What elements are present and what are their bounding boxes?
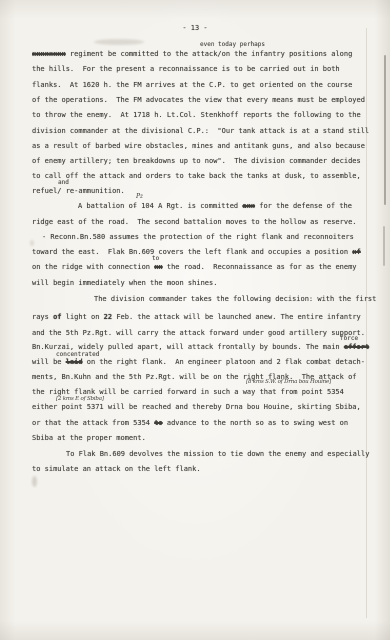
text-line: to throw the enemy. At 1718 h. Lt.Col. S…: [32, 111, 361, 120]
text-line: A battalion of 104 A Rgt. is committed a…: [78, 202, 352, 211]
pencil-smudge-margin: [30, 240, 34, 246]
insert-pz-handwritten: Pz: [136, 193, 143, 200]
insert-concentrated: concentrated: [56, 351, 99, 358]
line-text: refuel/ re-ammunition.: [32, 187, 125, 195]
text-line: will begin immediately when the moon shi…: [32, 279, 217, 288]
line-text: the hills. For the present a reconnaissa…: [32, 65, 340, 73]
struck-word: laid: [66, 358, 83, 366]
line-text: of the operations. The FM advocates the …: [32, 96, 365, 104]
line-text: or that the attack from 5354: [32, 419, 154, 427]
struck-word: xxxxxxxx: [32, 50, 66, 58]
insert-and: and: [58, 179, 69, 186]
line-text: A battalion of: [78, 202, 141, 210]
document-page: - 13 - even today perhaps xxxxxxxx regim…: [0, 0, 390, 640]
text-line: The division commander takes the followi…: [94, 295, 376, 304]
struck-word: xf: [352, 248, 360, 256]
text-line: as a result of barbed wire obstacles, mi…: [32, 142, 365, 151]
line-text: The division commander takes the followi…: [94, 295, 376, 303]
text-line: flanks. At 1620 h. the FM arrives at the…: [32, 81, 352, 90]
page-fold-line: [366, 28, 367, 618]
line-text: will begin immediately when the moon shi…: [32, 279, 217, 287]
line-text: Sbiba at the proper moment.: [32, 434, 146, 442]
insert-force: force: [340, 335, 358, 342]
insert-to: to: [152, 255, 159, 262]
page-number: - 13 -: [0, 24, 390, 32]
line-text: the right flank will be carried forward …: [32, 388, 344, 396]
pencil-smudge-bottom: [32, 476, 37, 487]
overtyped-word: of: [53, 313, 61, 321]
line-text: light on: [62, 313, 104, 321]
text-line: and the 5th Pz.Rgt. will carry the attac…: [32, 329, 365, 338]
line-text: To Flak Bn.609 devolves the mission to t…: [66, 450, 369, 458]
line-text: Feb. the attack will be launched anew. T…: [112, 313, 361, 321]
insert-even-today-perhaps: even today perhaps: [200, 41, 265, 48]
line-text: will be: [32, 358, 66, 366]
insert-note-sw-handwritten: [8 kms S.W. of Drna bou Houine]: [246, 379, 331, 386]
line-text: on the right flank. An engineer platoon …: [83, 358, 365, 366]
line-text: rays: [32, 313, 53, 321]
line-text: Bn.Kurzai, widely pulled apart, will att…: [32, 343, 344, 351]
text-line: - Reconn.Bn.580 assumes the protection o…: [42, 233, 354, 242]
text-line: or that the attack from 5354 to advance …: [32, 419, 348, 428]
line-text: of enemy artillery; ten breakdowns up to…: [32, 157, 361, 165]
line-text: - Reconn.Bn.580 assumes the protection o…: [42, 233, 354, 241]
text-line: Sbiba at the proper moment.: [32, 434, 146, 443]
text-line: division commander at the divisional C.P…: [32, 127, 369, 136]
line-text: either point 5371 will be reached and th…: [32, 403, 361, 411]
right-edge-mark-2: [383, 226, 385, 266]
text-line: xxxxxxxx regiment be committed to the at…: [32, 50, 352, 59]
text-line: to simulate an attack on the left flank.: [32, 465, 201, 474]
line-text: the road. Reconnaissance as for as the e…: [163, 263, 357, 271]
line-text: advance to the north so as to swing west…: [163, 419, 348, 427]
struck-word: to: [154, 419, 162, 427]
line-text: to throw the enemy. At 1718 h. Lt.Col. S…: [32, 111, 361, 119]
line-text: for the defense of the: [255, 202, 352, 210]
text-line: refuel/ re-ammunition.: [32, 187, 125, 196]
text-line: To Flak Bn.609 devolves the mission to t…: [66, 450, 369, 459]
text-line: of the operations. The FM advocates the …: [32, 96, 365, 105]
insert-note-e-handwritten: [2 kms E of Sbiba]: [56, 396, 104, 403]
text-line: toward the east. Flak Bn.609 covers the …: [32, 248, 361, 257]
text-line: on the ridge with connection xx the road…: [32, 263, 357, 272]
struck-word: axx: [242, 202, 255, 210]
pencil-smudge-top: [94, 39, 144, 45]
struck-word: effort: [344, 343, 369, 351]
line-text: division commander at the divisional C.P…: [32, 127, 369, 135]
line-text: to call off the attack and orders to tak…: [32, 172, 361, 180]
overtyped-date: 22: [104, 313, 112, 321]
line-text: and the 5th Pz.Rgt. will carry the attac…: [32, 329, 365, 337]
line-text: flanks. At 1620 h. the FM arrives at the…: [32, 81, 352, 89]
line-text: to simulate an attack on the left flank.: [32, 465, 201, 473]
line-text: as a result of barbed wire obstacles, mi…: [32, 142, 365, 150]
text-line: ridge east of the road. The second batta…: [32, 218, 357, 227]
struck-word: xx: [154, 263, 162, 271]
line-text: ridge east of the road. The second batta…: [32, 218, 357, 226]
text-line: will be laid on the right flank. An engi…: [32, 358, 365, 367]
text-line: of enemy artillery; ten breakdowns up to…: [32, 157, 361, 166]
line-text: on the ridge with connection: [32, 263, 154, 271]
text-line: either point 5371 will be reached and th…: [32, 403, 361, 412]
right-edge-mark: [384, 55, 386, 205]
text-line: the hills. For the present a reconnaissa…: [32, 65, 340, 74]
line-text: 104 A Rgt. is committed: [141, 202, 242, 210]
text-line: to call off the attack and orders to tak…: [32, 172, 361, 181]
line-text: regiment be committed to the attack/on t…: [66, 50, 353, 58]
text-line: rays of light on 22 Feb. the attack will…: [32, 313, 361, 322]
line-text: toward the east. Flak Bn.609 covers the …: [32, 248, 352, 256]
